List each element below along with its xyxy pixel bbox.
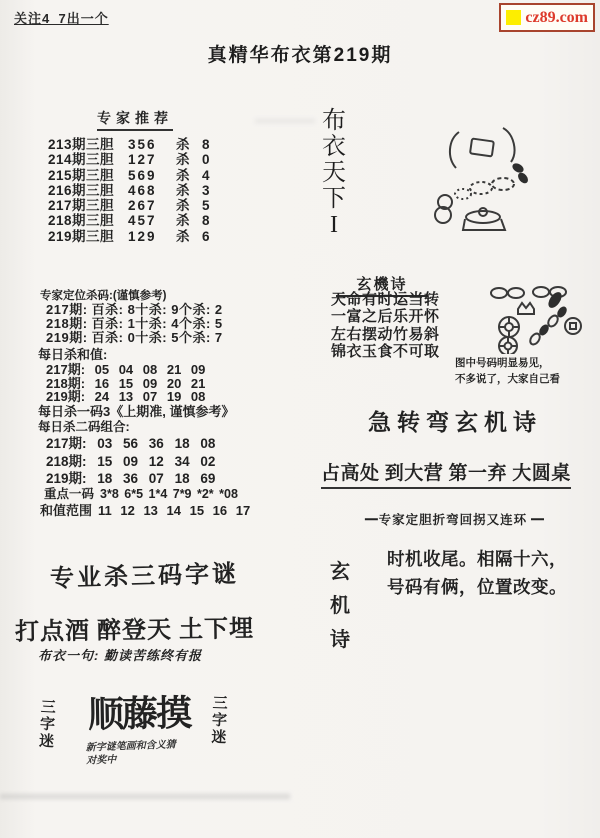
recommend-row: 218期三胆 457 杀 8 (48, 209, 210, 224)
expert-recommend-title: 专家推荐 (97, 108, 173, 131)
position-kill-title: 专家定位杀码:(谨慎参考) (40, 287, 223, 303)
position-kill-row: 218期: 百杀: 1十杀: 4个杀: 5 (40, 317, 223, 331)
riddle-note: 新字谜笔画和含义猜 对奖中 (86, 738, 177, 767)
buyi-sentence: 布衣一句: 勤读苦练终有报 (38, 645, 202, 664)
position-kill-section: 专家定位杀码:(谨慎参考) 217期: 百杀: 8十杀: 9个杀: 2 218期… (40, 287, 223, 344)
recommend-row: 217期三胆 267 杀 5 (48, 194, 210, 209)
rec-kill-value: 6 (202, 229, 210, 244)
vertical-char: 下 (322, 186, 346, 212)
recommend-row: 214期三胆 127 杀 0 (48, 148, 210, 163)
big-riddle-answer: 顺藤摸 (88, 685, 191, 738)
vertical-char: 诗 (330, 623, 350, 657)
coins-illustration-2 (485, 284, 585, 354)
poem-caption-line: 不多说了，大家自己看 (455, 371, 560, 387)
two-code-kill-row: 217期: 03 56 36 18 08 (38, 435, 215, 453)
recommend-row: 216期三胆 468 杀 3 (48, 179, 210, 194)
vertical-char: 迷 (39, 733, 55, 751)
rec-kill-label: 杀 (176, 225, 190, 245)
sum-kill-row: 217期: 05 04 08 21 09 (38, 363, 205, 377)
two-code-kill-section: 每日杀二码组合: 217期: 03 56 36 18 08 218期: 15 0… (38, 417, 215, 488)
vertical-char: 玄 (330, 555, 350, 589)
riddle-line: 打点酒 醉登天 土下埋 (15, 608, 254, 646)
position-kill-row: 217期: 百杀: 8十杀: 9个杀: 2 (40, 303, 223, 317)
vertical-char: 衣 (322, 134, 346, 160)
scan-artifact (255, 119, 315, 123)
poem-caption: 图中号码明显易见， 不多说了，大家自己看 (455, 355, 560, 387)
three-char-riddle-left: 三 字 迷 (39, 699, 57, 751)
recommend-row: 213期三胆 356 杀 8 (48, 133, 210, 148)
recommend-row: 219期三胆 129 杀 6 (48, 225, 210, 240)
key-code-label: 重点一码 (44, 487, 94, 501)
badge-text: cz89.com (525, 9, 588, 27)
expert-recommend-list: 213期三胆 356 杀 8 214期三胆 127 杀 0 215期三胆 569… (48, 133, 210, 240)
two-code-kill-title: 每日杀二码组合: (38, 417, 215, 435)
vertical-char: 迷 (211, 729, 227, 747)
mystery-poem-line: 左右摆动竹易斜 (331, 326, 440, 343)
buyitianxia-vertical-title: 布 衣 天 下 I (322, 108, 346, 238)
sum-kill-title: 每日杀和值: (38, 344, 205, 363)
site-badge[interactable]: cz89.com (499, 3, 595, 32)
position-kill-row: 219期: 百杀: 0十杀: 5个杀: 7 (40, 331, 223, 345)
recommend-row: 215期三胆 569 杀 4 (48, 164, 210, 179)
xuanji-vertical-title: 玄 机 诗 (330, 555, 350, 657)
mystery-poem-lines: 天命有时运当转 一富之后乐开怀 左右摆动竹易斜 锦衣玉食不可取 (331, 291, 440, 360)
turn-poem-subline: ━专家定胆折弯回拐又连环 ━ (330, 510, 580, 528)
sum-kill-section: 每日杀和值: 217期: 05 04 08 21 09 218期: 16 15 … (38, 344, 205, 404)
sum-range-value: 11 12 13 14 15 16 17 (98, 503, 250, 518)
rec-issue: 219期三胆 (48, 225, 128, 245)
turn-poem-line: 占高处 到大营 第一弃 大圆桌 (321, 458, 571, 489)
xuanji-text: 时机收尾。相隔十六， 号码有俩，位置改变。 (387, 545, 567, 601)
rec-numbers: 129 (128, 229, 164, 244)
sum-kill-row: 218期: 16 15 09 20 21 (38, 377, 205, 391)
page-container: 关注4_7出一个 cz89.com 真精华布衣第219期 专家推荐 213期三胆… (0, 0, 600, 838)
poem-caption-line: 图中号码明显易见， (455, 355, 560, 371)
three-char-riddle-right: 三 字 迷 (211, 695, 228, 746)
vertical-char: I (330, 212, 338, 238)
xuanji-line: 号码有俩，位置改变。 (387, 573, 567, 601)
scan-artifact (0, 794, 290, 799)
coins-illustration-1 (423, 118, 548, 238)
xuanji-line: 时机收尾。相隔十六， (387, 545, 567, 573)
key-code-value: 3*8 6*5 1*4 7*9 *2* *08 (100, 487, 238, 501)
vertical-char: 三 (212, 695, 228, 713)
page-title: 真精华布衣第219期 (0, 40, 600, 67)
mystery-poem-line: 一富之后乐开怀 (331, 308, 440, 325)
mystery-poem-line: 天命有时运当转 (331, 291, 440, 308)
vertical-char: 字 (212, 712, 228, 730)
mystery-poem-line: 锦衣玉食不可取 (331, 343, 440, 360)
vertical-char: 三 (40, 699, 56, 717)
sum-range-line: 和值范围11 12 13 14 15 16 17 (40, 500, 250, 519)
riddle-note-line: 对奖中 (86, 751, 176, 767)
vertical-char: 布 (322, 108, 346, 134)
badge-color-square-icon (506, 10, 521, 25)
vertical-char: 机 (330, 589, 350, 623)
watch-note: 关注4_7出一个 (14, 8, 109, 27)
two-code-kill-row: 218期: 15 09 12 34 02 (38, 453, 215, 471)
riddle-title: 专业杀三码字谜 (50, 554, 240, 594)
sum-range-label: 和值范围 (40, 503, 92, 518)
vertical-char: 字 (40, 716, 56, 734)
turn-poem-title: 急转弯玄机诗 (330, 404, 580, 437)
vertical-char: 天 (322, 160, 346, 186)
